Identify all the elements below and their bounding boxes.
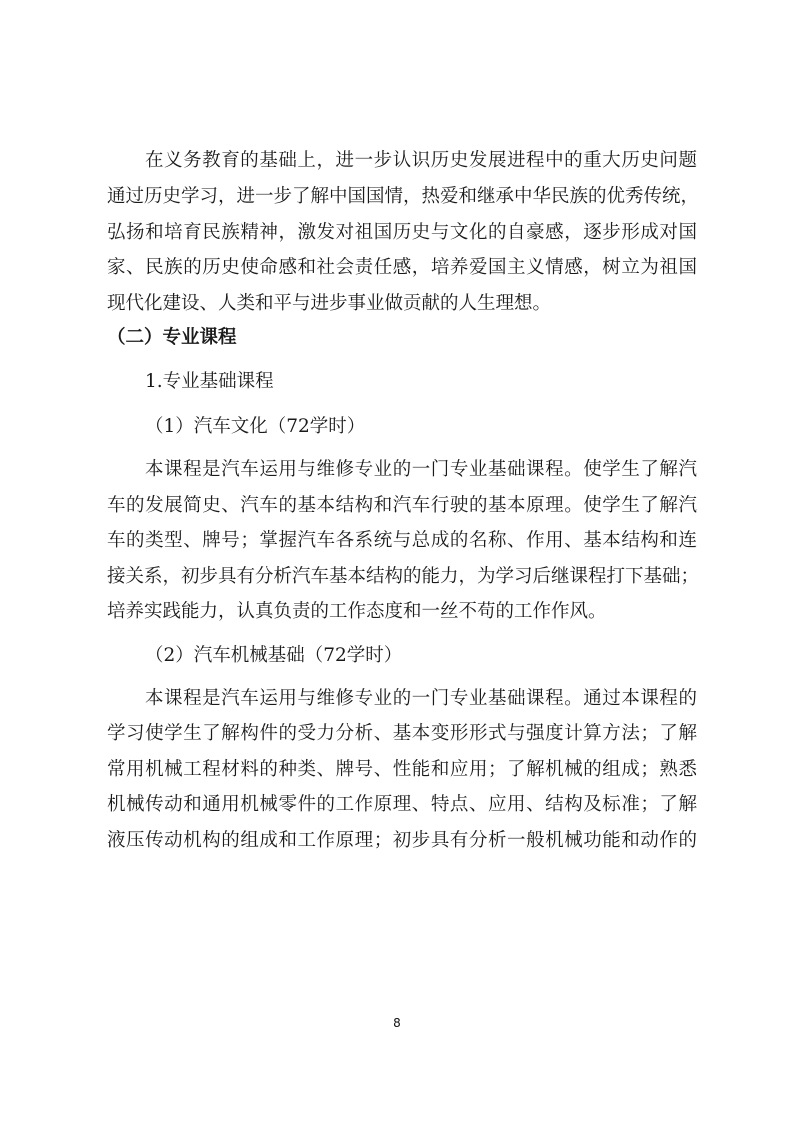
subsection-heading: （1）汽车文化（72学时） — [145, 415, 697, 439]
section-heading: （二）专业课程 — [107, 326, 697, 350]
paragraph-line: 培养实践能力，认真负责的工作态度和一丝不苟的工作作风。 — [107, 600, 697, 624]
paragraph-line: 弘扬和培育民族精神，激发对祖国历史与文化的自豪感，逐步形成对国 — [107, 221, 697, 245]
subsection-heading: （2）汽车机械基础（72学时） — [145, 644, 697, 668]
paragraph-line: 在义务教育的基础上，进一步认识历史发展进程中的重大历史问题 — [145, 149, 697, 173]
page-number: 8 — [0, 1016, 794, 1030]
paragraph-line: 学习使学生了解构件的受力分析、基本变形形式与强度计算方法；了解 — [107, 722, 697, 746]
paragraph-line: 本课程是汽车运用与维修专业的一门专业基础课程。使学生了解汽 — [145, 458, 697, 482]
paragraph-line: 接关系，初步具有分析汽车基本结构的能力，为学习后继课程打下基础； — [107, 565, 697, 589]
paragraph-line: 车的类型、牌号；掌握汽车各系统与总成的名称、作用、基本结构和连 — [107, 529, 697, 553]
paragraph-line: 常用机械工程材料的种类、牌号、性能和应用；了解机械的组成；熟悉 — [107, 758, 697, 782]
paragraph-line: 通过历史学习，进一步了解中国国情，热爱和继承中华民族的优秀传统， — [107, 185, 697, 209]
paragraph-line: 液压传动机构的组成和工作原理；初步具有分析一般机械功能和动作的 — [107, 829, 697, 853]
paragraph-line: 本课程是汽车运用与维修专业的一门专业基础课程。通过本课程的 — [145, 687, 697, 711]
paragraph-line: 机械传动和通用机械零件的工作原理、特点、应用、结构及标准；了解 — [107, 793, 697, 817]
subsection-heading: 1.专业基础课程 — [145, 370, 697, 394]
paragraph-line: 现代化建设、人类和平与进步事业做贡献的人生理想。 — [107, 292, 697, 316]
paragraph-line: 车的发展简史、汽车的基本结构和汽车行驶的基本原理。使学生了解汽 — [107, 494, 697, 518]
paragraph-line: 家、民族的历史使命感和社会责任感，培养爱国主义情感，树立为祖国 — [107, 256, 697, 280]
